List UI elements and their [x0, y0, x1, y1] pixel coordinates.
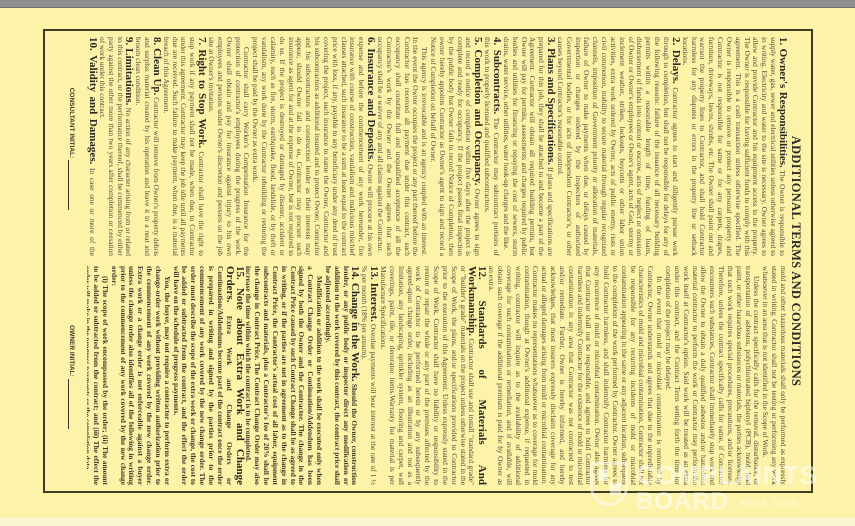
clause: 8. Clean Up. Contractor will remove from…	[133, 37, 161, 256]
clause-heading: 8. Clean Up.	[150, 37, 162, 95]
clause-body: Contractor agrees to start and diligentl…	[555, 37, 679, 256]
consultant-initial-field[interactable]: CONSULTANT INITIAL:	[68, 37, 75, 261]
clause-heading: 10. Validity and Damages.	[87, 37, 99, 164]
clause: 9. Limitations. No action of any charact…	[97, 37, 133, 256]
clause-body: Extra Work and Change Orders or Continua…	[171, 266, 233, 485]
clause: 14. Change in the Work. Should the Owner…	[323, 266, 359, 485]
left-column: 1. Owner's Responsibilities. The Owner i…	[87, 37, 787, 256]
owner-initial-field[interactable]: OWNER INITIAL:	[68, 265, 75, 489]
clause: 7. Right to Stop Work. Contractor shall …	[160, 37, 205, 256]
consultant-initial-line	[68, 160, 69, 210]
clause-paragraph: In the event that mold or microbial cont…	[486, 266, 663, 485]
consultant-initial-label: CONSULTANT INITIAL:	[68, 88, 75, 159]
clause-paragraph: Unless the contract specifically calls f…	[663, 266, 760, 485]
document-title: ADDITIONAL TERMS AND CONDITIONS	[788, 29, 803, 493]
clause: 13. Interest. Overdue payments will bear…	[359, 266, 378, 485]
clause: 2. Delays. Contractor agrees to start an…	[555, 37, 680, 256]
clause: 3. Plans and Specifications. If plans an…	[501, 37, 555, 256]
window-top-bar	[0, 0, 855, 8]
clause: 6. Insurance and Deposits. Owner will pr…	[250, 37, 375, 256]
clause: 1. Owner's Responsibilities. The Owner i…	[679, 37, 786, 256]
clause-body: Contractor shall use and install "standa…	[379, 266, 476, 485]
clause-heading: 9. Limitations.	[123, 37, 135, 105]
clause-heading: 7. Right to Stop Work.	[196, 37, 208, 148]
clause: mold and other hazardous materials shall…	[760, 266, 787, 485]
clause: 4. Subcontracts. The Contractor may subc…	[482, 37, 501, 256]
clause: 15. Note about Extra Work and Change Ord…	[170, 266, 243, 485]
clause-heading: 6. Insurance and Deposits.	[365, 37, 377, 162]
clause-paragraph: (i) The scope of work encompassed by the…	[87, 266, 109, 485]
clause-heading: 5. Completion and Occupancy.	[472, 37, 484, 185]
clause-paragraph: This agency is irrevocable and is an age…	[375, 37, 428, 256]
clause-body: Owner will procure at his own expense an…	[251, 37, 375, 256]
clause-heading: 14. Change in the Work.	[349, 266, 361, 382]
clause-paragraph: Modification or addition to the work sha…	[243, 266, 323, 485]
rotated-document: ADDITIONAL TERMS AND CONDITIONS 1. Owner…	[43, 29, 813, 493]
clause-body: mold and other hazardous materials shall…	[761, 266, 787, 485]
clause: 10. Validity and Damages. In case one or…	[87, 37, 97, 256]
clause-body: The Owner is responsible to supply water…	[680, 37, 786, 256]
clause-paragraph: You, the buyer, may not require a contra…	[108, 266, 170, 485]
page-bottom-margin	[0, 518, 855, 526]
clause-heading: 4. Subcontracts.	[491, 37, 503, 114]
clause-heading: 13. Interest.	[368, 266, 380, 322]
clause: 12. Standards of Materials And Workmansh…	[378, 266, 486, 485]
clause-heading: 3. Plans and Specifications.	[545, 37, 557, 165]
owner-initial-line	[68, 379, 69, 429]
document-columns: 1. Owner's Responsibilities. The Owner i…	[87, 37, 787, 485]
clause-paragraph: Contractor shall carry Worker's Compensa…	[206, 37, 250, 256]
clause-heading: 2. Delays.	[669, 37, 681, 84]
clause: 5. Completion and Occupancy. Owner agree…	[428, 37, 482, 256]
owner-initial-label: OWNER INITIAL:	[68, 325, 75, 377]
right-column: mold and other hazardous materials shall…	[87, 266, 787, 485]
